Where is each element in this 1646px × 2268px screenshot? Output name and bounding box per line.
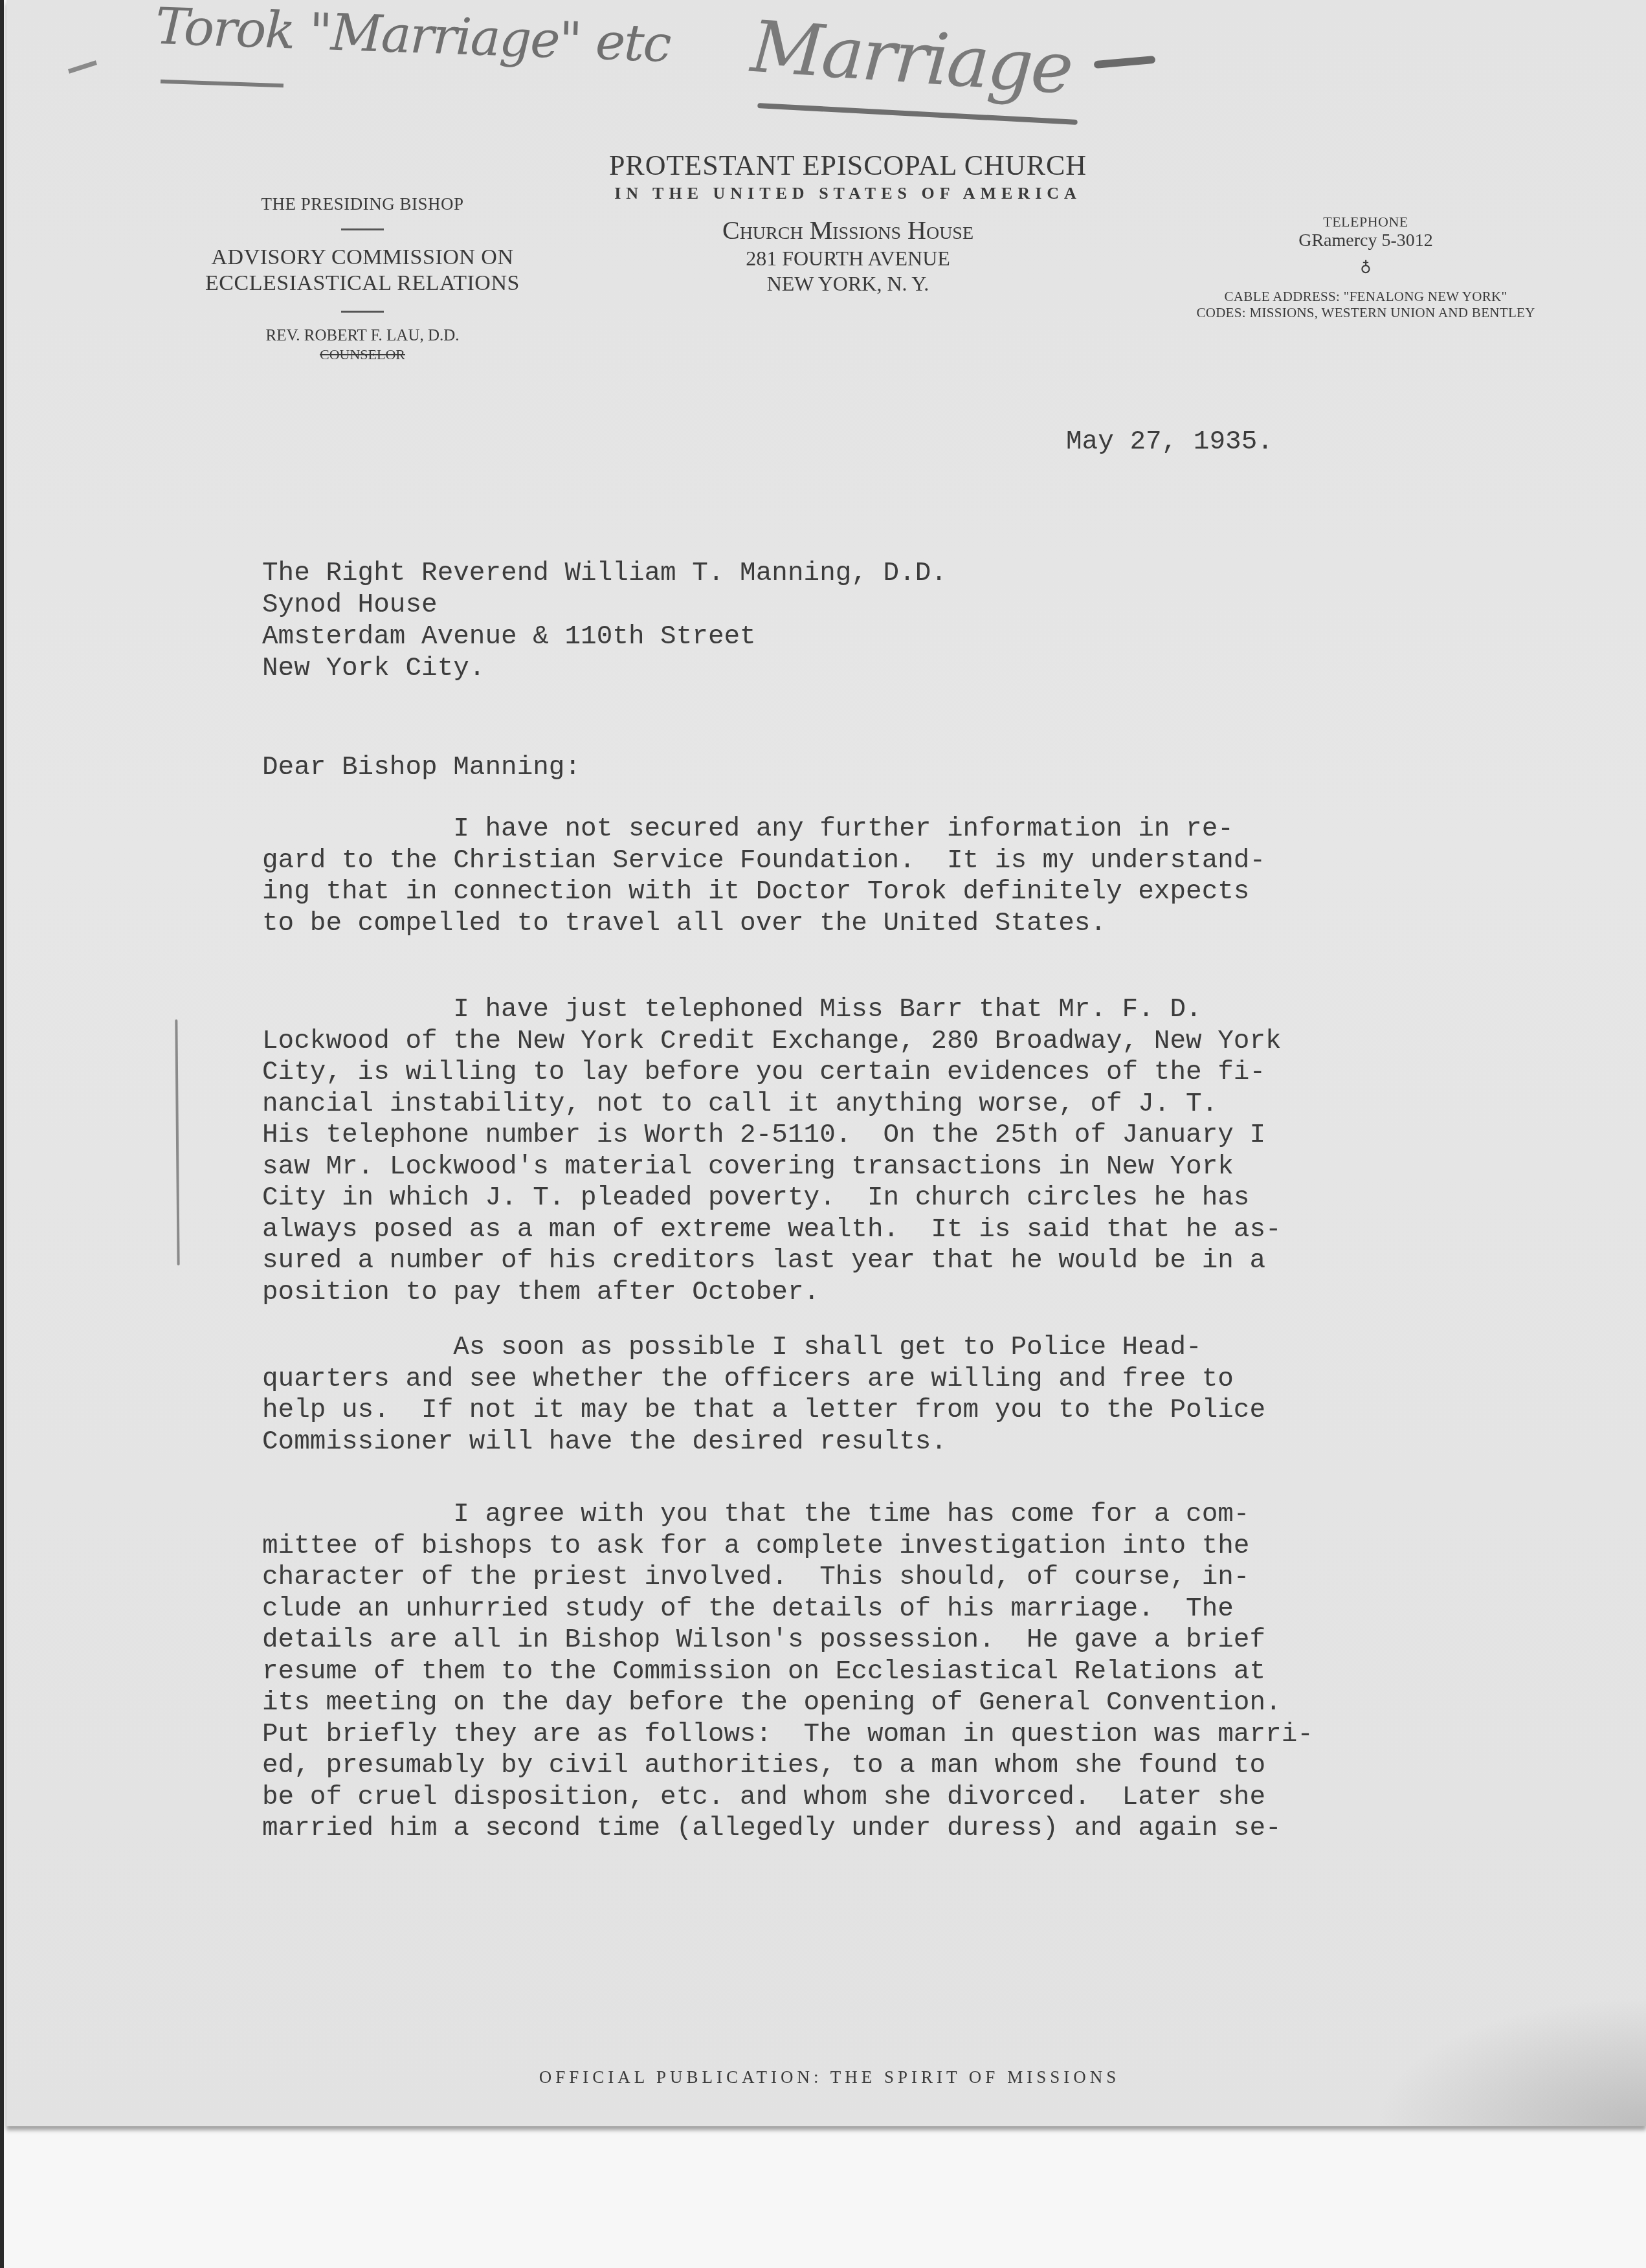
typed-line: ed, presumably by civil authorities, to … — [262, 1750, 1557, 1782]
typed-line: His telephone number is Worth 2-5110. On… — [262, 1120, 1557, 1151]
divider — [341, 228, 384, 230]
typed-line: be of cruel disposition, etc. and whom s… — [262, 1782, 1557, 1814]
typed-line: quarters and see whether the officers ar… — [262, 1364, 1557, 1395]
divider — [341, 311, 384, 313]
typed-line: its meeting on the day before the openin… — [262, 1687, 1557, 1719]
typed-line: I agree with you that the time has come … — [262, 1499, 1557, 1531]
letter-page: Torok "Marriage" etc Marriage THE PRESID… — [6, 0, 1646, 2126]
recipient-line: Synod House — [262, 590, 947, 621]
telegraph-codes: CODES: MISSIONS, WESTERN UNION AND BENTL… — [1139, 305, 1592, 321]
letterhead-center: PROTESTANT EPISCOPAL CHURCH IN THE UNITE… — [557, 150, 1139, 296]
typed-line: character of the priest involved. This s… — [262, 1562, 1557, 1594]
letterhead-right: TELEPHONE GRamercy 5-3012 ♁ CABLE ADDRES… — [1139, 214, 1592, 321]
ornament-icon: ♁ — [1139, 259, 1592, 277]
typed-line: saw Mr. Lockwood's material covering tra… — [262, 1151, 1557, 1183]
typed-line: details are all in Bishop Wilson's posse… — [262, 1625, 1557, 1656]
cable-address: CABLE ADDRESS: "FENALONG NEW YORK" — [1139, 289, 1592, 305]
telephone-number: GRamercy 5-3012 — [1139, 230, 1592, 251]
paragraph: I have not secured any further informati… — [262, 814, 1557, 939]
typed-line: mittee of bishops to ask for a complete … — [262, 1531, 1557, 1562]
paragraph: As soon as possible I shall get to Polic… — [262, 1332, 1557, 1458]
letterhead-left: THE PRESIDING BISHOP ADVISORY COMMISSION… — [136, 194, 589, 363]
telephone-label: TELEPHONE — [1139, 214, 1592, 230]
typed-line: City in which J. T. pleaded poverty. In … — [262, 1183, 1557, 1214]
salutation: Dear Bishop Manning: — [262, 753, 581, 783]
typed-line: clude an unhurried study of the details … — [262, 1594, 1557, 1625]
letter-date: May 27, 1935. — [1066, 427, 1273, 457]
pencil-underline — [161, 80, 284, 88]
handwritten-note-marriage: Marriage — [748, 5, 1074, 110]
typed-line: sured a number of his creditors last yea… — [262, 1245, 1557, 1277]
scan-edge — [0, 0, 4, 2268]
typed-line: Lockwood of the New York Credit Exchange… — [262, 1026, 1557, 1058]
typed-line: I have just telephoned Miss Barr that Mr… — [262, 994, 1557, 1026]
presiding-bishop-label: THE PRESIDING BISHOP — [136, 194, 589, 214]
church-country: IN THE UNITED STATES OF AMERICA — [557, 184, 1139, 203]
typed-line: gard to the Christian Service Foundation… — [262, 845, 1557, 877]
church-name: PROTESTANT EPISCOPAL CHURCH — [557, 150, 1139, 181]
commission-name-line2: ECCLESIASTICAL RELATIONS — [136, 271, 589, 296]
city-address: NEW YORK, N. Y. — [557, 272, 1139, 296]
missions-house: Church Missions House — [557, 215, 1139, 245]
paragraph: I have just telephoned Miss Barr that Mr… — [262, 994, 1557, 1308]
pencil-margin-mark — [175, 1019, 179, 1265]
typed-line: As soon as possible I shall get to Polic… — [262, 1332, 1557, 1364]
pencil-dash — [1094, 56, 1156, 69]
counsel-name: REV. ROBERT F. LAU, D.D. — [136, 327, 589, 345]
street-address: 281 FOURTH AVENUE — [557, 247, 1139, 271]
typed-line: position to pay them after October. — [262, 1277, 1557, 1309]
typed-line: Commissioner will have the desired resul… — [262, 1427, 1557, 1458]
commission-name-line1: ADVISORY COMMISSION ON — [136, 245, 589, 271]
recipient-line: Amsterdam Avenue & 110th Street — [262, 621, 947, 653]
recipient-line: The Right Reverend William T. Manning, D… — [262, 558, 947, 590]
typed-line: City, is willing to lay before you certa… — [262, 1057, 1557, 1089]
typed-line: to be compelled to travel all over the U… — [262, 908, 1557, 940]
typed-line: Put briefly they are as follows: The wom… — [262, 1719, 1557, 1751]
typed-line: nancial instability, not to call it anyt… — [262, 1089, 1557, 1120]
typed-line: resume of them to the Commission on Eccl… — [262, 1656, 1557, 1688]
handwritten-note-torok: Torok "Marriage" etc — [155, 0, 671, 74]
recipient-line: New York City. — [262, 653, 947, 685]
recipient-address: The Right Reverend William T. Manning, D… — [262, 558, 947, 685]
footer-publication: OFFICIAL PUBLICATION: THE SPIRIT OF MISS… — [6, 2067, 1646, 2087]
paragraph: I agree with you that the time has come … — [262, 1499, 1557, 1845]
typed-line: always posed as a man of extreme wealth.… — [262, 1214, 1557, 1246]
counsel-title-struck: COUNSELOR — [136, 346, 589, 363]
pencil-dash — [68, 60, 97, 74]
typed-line: ing that in connection with it Doctor To… — [262, 876, 1557, 908]
typed-line: I have not secured any further informati… — [262, 814, 1557, 845]
typed-line: help us. If not it may be that a letter … — [262, 1395, 1557, 1427]
typed-line: married him a second time (allegedly und… — [262, 1813, 1557, 1845]
